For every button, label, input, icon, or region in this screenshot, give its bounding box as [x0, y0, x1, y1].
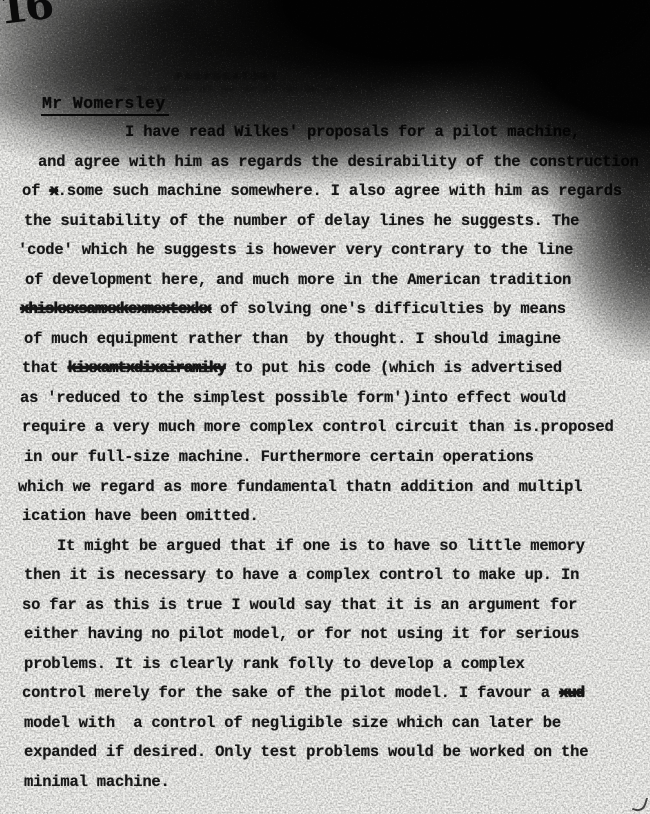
letter-line: xhiskxxsamxxkexmextexkx of solving one's…: [0, 295, 650, 325]
letter-line: 'code' which he suggests is however very…: [0, 236, 650, 266]
scanned-letter-page: I have read Wilkes' proposals for a pilo…: [0, 0, 650, 814]
letter-line: problems. It is clearly rank folly to de…: [0, 650, 650, 680]
letter-text: which we regard as more fundamental that…: [18, 478, 582, 496]
letter-line: require a very much more complex control…: [0, 413, 650, 443]
letter-text: require a very much more complex control…: [22, 418, 614, 436]
letter-line: in our full-size machine. Furthermore ce…: [0, 443, 650, 473]
handwritten-page-number: 16: [0, 0, 54, 34]
letter-line: the suitability of the number of delay l…: [0, 207, 650, 237]
letter-line: ication have been omitted.: [0, 502, 650, 532]
letter-text: then it is necessary to have a complex c…: [24, 566, 579, 584]
letter-line: model with a control of negligible size …: [0, 709, 650, 739]
struck-out-text: x: [49, 182, 57, 200]
letter-text: model with a control of negligible size …: [24, 714, 561, 732]
letter-text: and agree with him as regards the desira…: [38, 153, 639, 171]
letter-text: either having no pilot model, or for not…: [24, 625, 579, 643]
ghost-text-smudge: PROPOSATORY: [175, 72, 375, 92]
letter-line: either having no pilot model, or for not…: [0, 620, 650, 650]
letter-text: ication have been omitted.: [22, 507, 259, 525]
letter-text: problems. It is clearly rank folly to de…: [24, 655, 525, 673]
letter-line: that kixxamtxdixairamiky to put his code…: [0, 354, 650, 384]
letter-text: of: [22, 182, 49, 200]
letter-line: It might be argued that if one is to hav…: [0, 532, 650, 562]
letter-line: then it is necessary to have a complex c…: [0, 561, 650, 591]
letter-line: of x.some such machine somewhere. I also…: [0, 177, 650, 207]
letter-text: that: [22, 359, 68, 377]
letter-line: I have read Wilkes' proposals for a pilo…: [0, 118, 650, 148]
letter-body: I have read Wilkes' proposals for a pilo…: [0, 118, 650, 798]
letter-line: control merely for the sake of the pilot…: [0, 679, 650, 709]
letter-line: minimal machine.: [0, 768, 650, 798]
letter-line: of development here, and much more in th…: [0, 266, 650, 296]
letter-text: so far as this is true I would say that …: [22, 596, 577, 614]
letter-line: which we regard as more fundamental that…: [0, 473, 650, 503]
struck-out-text: xud: [559, 684, 584, 702]
letter-line: so far as this is true I would say that …: [0, 591, 650, 621]
struck-out-text: xhiskxxsamxxkexmextexkx: [20, 300, 211, 318]
struck-out-text: kixxamtxdixairamiky: [68, 359, 226, 377]
letter-text: 'code' which he suggests is however very…: [18, 241, 573, 259]
letter-text: control merely for the sake of the pilot…: [22, 684, 559, 702]
letter-text: expanded if desired. Only test problems …: [24, 743, 588, 761]
letter-text: It might be argued that if one is to hav…: [57, 537, 585, 555]
letter-line: as 'reduced to the simplest possible for…: [0, 384, 650, 414]
letter-text: to put his code (which is advertised: [225, 359, 562, 377]
letter-text: of much equipment rather than by thought…: [24, 330, 561, 348]
letter-text: as 'reduced to the simplest possible for…: [20, 389, 566, 407]
letter-text: I have read Wilkes' proposals for a pilo…: [125, 123, 580, 141]
letter-line: and agree with him as regards the desira…: [0, 148, 650, 178]
letter-line: expanded if desired. Only test problems …: [0, 738, 650, 768]
letter-text: of development here, and much more in th…: [25, 271, 571, 289]
letter-text: of solving one's difficulties by means: [211, 300, 566, 318]
letter-text: in our full-size machine. Furthermore ce…: [24, 448, 534, 466]
letter-text: minimal machine.: [24, 773, 170, 791]
letter-text: .some such machine somewhere. I also agr…: [58, 182, 622, 200]
letter-line: of much equipment rather than by thought…: [0, 325, 650, 355]
recipient-heading: Mr Womersley: [41, 94, 169, 116]
letter-text: the suitability of the number of delay l…: [24, 212, 579, 230]
